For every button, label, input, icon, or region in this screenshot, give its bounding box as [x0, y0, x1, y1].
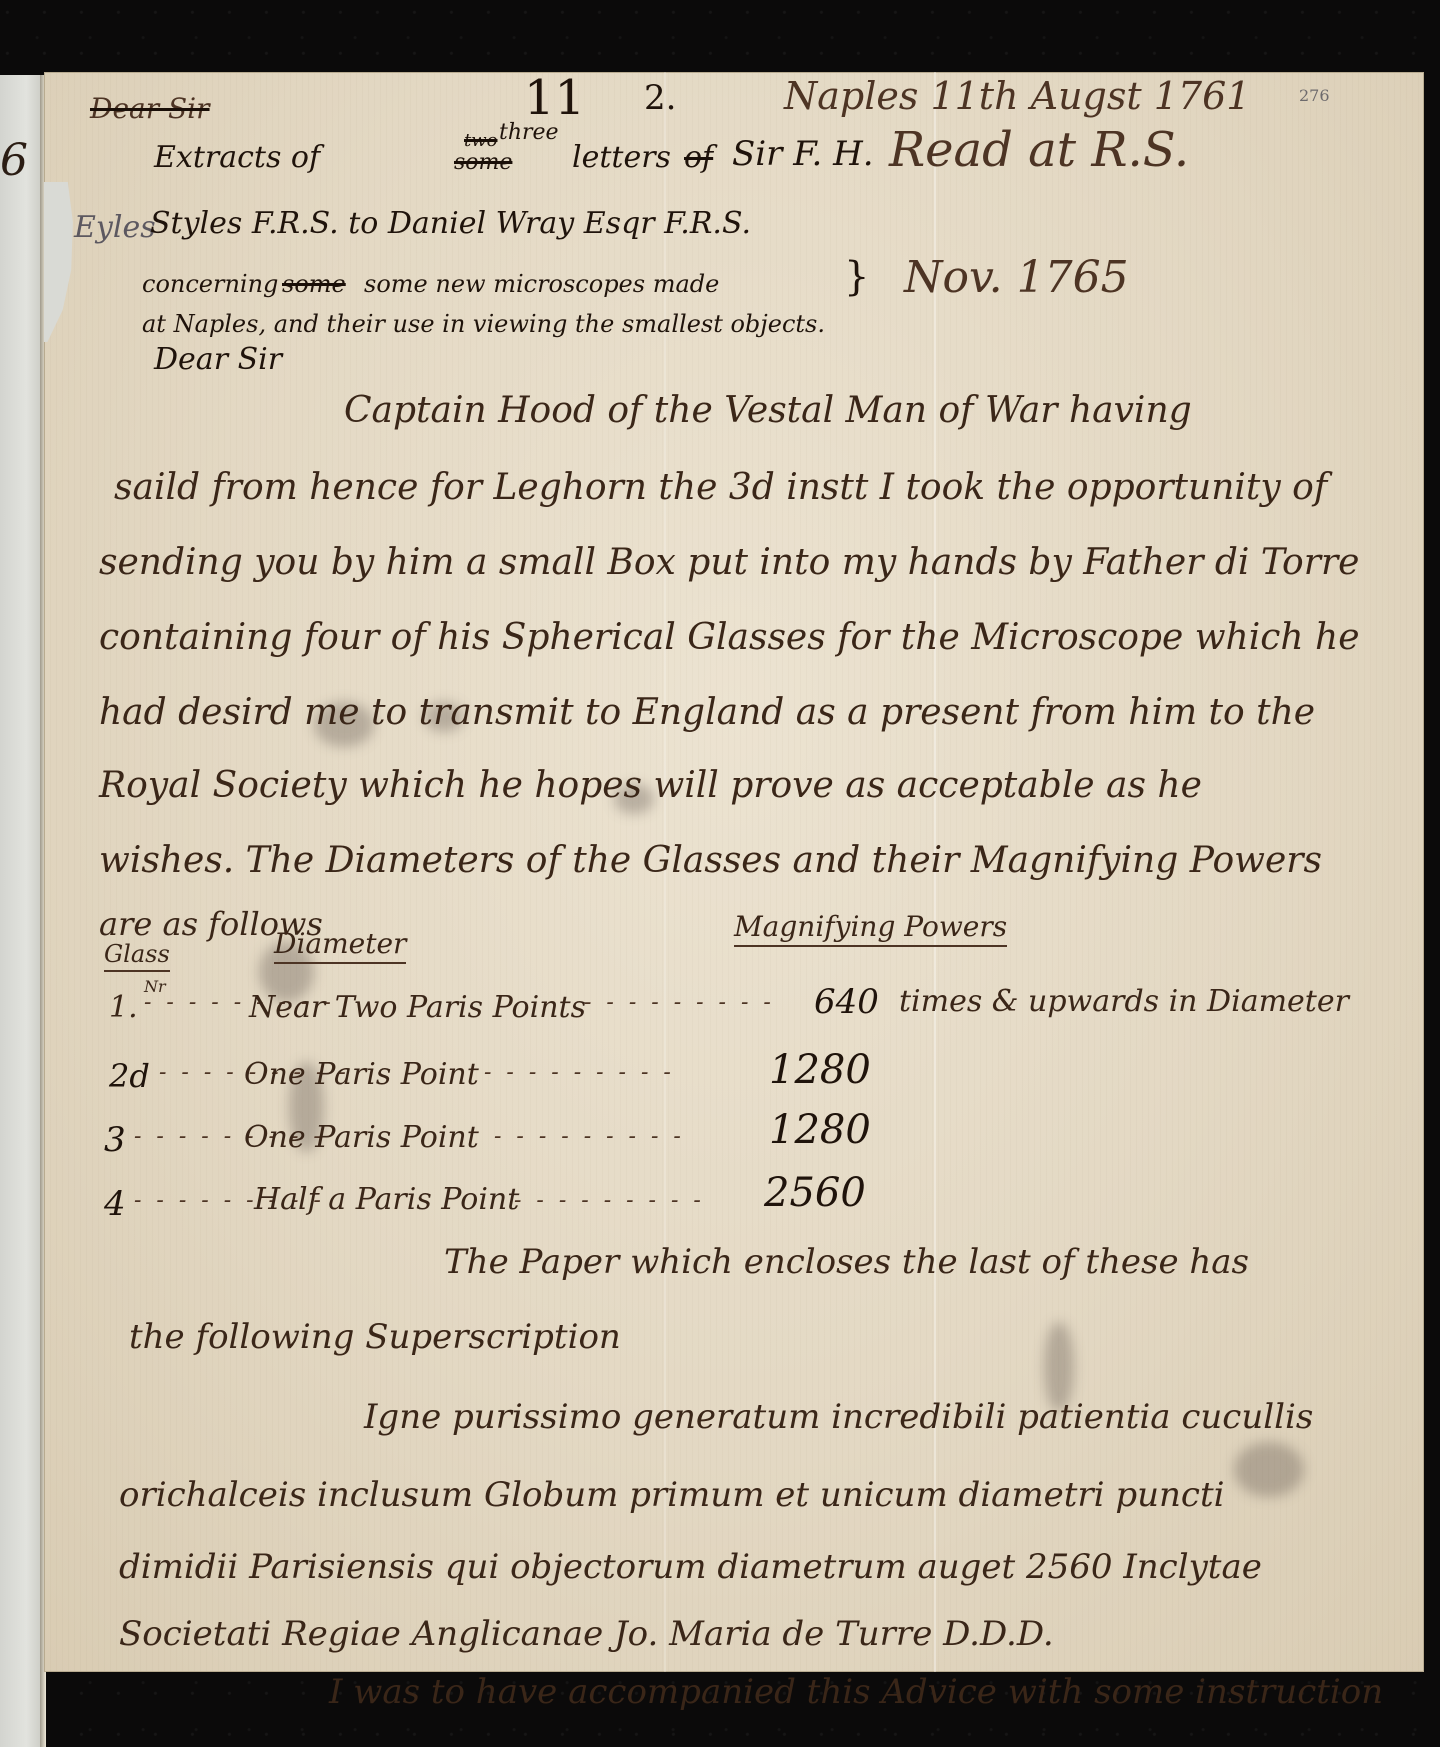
- title-concerning: concerning: [142, 270, 278, 298]
- read-note: Read at R.S.: [889, 122, 1189, 178]
- row-number: 2d: [109, 1057, 150, 1095]
- latin-line: Igne purissimo generatum incredibili pat…: [364, 1397, 1313, 1437]
- table-header-glass: Glass: [104, 940, 170, 972]
- deleted-word: some: [282, 270, 346, 298]
- body-line: the following Superscription: [129, 1317, 621, 1357]
- title-line-3: some new microscopes made: [364, 270, 719, 298]
- row-diameter: One Paris Point: [244, 1057, 479, 1092]
- title-line-2: Styles F.R.S. to Daniel Wray Esqr F.R.S.: [150, 206, 751, 241]
- row-power: 640: [814, 982, 879, 1022]
- leader: - - - - - - - - -: [514, 1188, 705, 1213]
- place-date: Naples 11th Augst 1761: [784, 74, 1250, 118]
- row-number: 3: [104, 1120, 126, 1160]
- title-line-4: at Naples, and their use in viewing the …: [142, 310, 825, 338]
- body-line: sending you by him a small Box put into …: [99, 542, 1359, 583]
- deleted-salutation: Dear Sir: [90, 92, 210, 125]
- title-extracts: Extracts of: [154, 140, 320, 175]
- read-date: Nov. 1765: [904, 252, 1129, 303]
- table-header-power: Magnifying Powers: [734, 910, 1007, 947]
- body-line: Royal Society which he hopes will prove …: [99, 765, 1202, 806]
- body-line: wishes. The Diameters of the Glasses and…: [99, 840, 1322, 881]
- title-letters: letters: [572, 140, 671, 175]
- previous-folio-mark: 6: [0, 135, 20, 186]
- row-diameter: One Paris Point: [244, 1120, 479, 1155]
- row-power: 2560: [764, 1170, 866, 1216]
- latin-line: Societati Regiae Anglicanae Jo. Maria de…: [119, 1614, 1054, 1654]
- manuscript-page: Dear Sir 11 2. Naples 11th Augst 1761 27…: [44, 72, 1424, 1672]
- previous-folio-edge: 6: [0, 75, 44, 1747]
- torn-margin: [44, 182, 78, 342]
- title-author-initials: Sir F. H.: [732, 134, 874, 174]
- row-diameter: Half a Paris Point: [254, 1182, 519, 1217]
- brace: }: [844, 254, 869, 300]
- body-line: saild from hence for Leghorn the 3d inst…: [114, 467, 1327, 508]
- row-number: 1.: [109, 990, 138, 1025]
- body-line: had desird me to transmit to England as …: [99, 692, 1315, 733]
- latin-line: orichalceis inclusum Globum primum et un…: [119, 1475, 1225, 1515]
- inserted-word: three: [499, 120, 559, 145]
- deleted-word: some: [454, 150, 512, 175]
- body-line: Captain Hood of the Vestal Man of War ha…: [344, 390, 1192, 431]
- salutation: Dear Sir: [154, 342, 282, 377]
- pencil-insertion: Eyles: [74, 210, 156, 245]
- leader: - - - - - - - - -: [494, 1124, 685, 1149]
- body-line: containing four of his Spherical Glasses…: [99, 617, 1360, 658]
- leader: - - - - - - - - -: [584, 990, 775, 1015]
- row-number: 4: [104, 1184, 126, 1224]
- folio-number: 276: [1299, 86, 1330, 105]
- row-power: 1280: [769, 1047, 871, 1093]
- item-number: 11: [524, 70, 585, 126]
- deleted-word: of: [684, 140, 713, 175]
- table-header-diameter: Diameter: [274, 927, 406, 964]
- sheet-number: 2.: [644, 78, 676, 118]
- leader: - - - - - - - - -: [484, 1060, 675, 1085]
- row-power: 1280: [769, 1107, 871, 1153]
- deleted-word: two: [464, 130, 497, 151]
- body-line: The Paper which encloses the last of the…: [444, 1242, 1249, 1282]
- row-diameter: Near Two Paris Points: [249, 990, 586, 1025]
- latin-line: dimidii Parisiensis qui objectorum diame…: [119, 1547, 1262, 1587]
- row-note: times & upwards in Diameter: [899, 984, 1349, 1019]
- ink-smudge: [1234, 1442, 1304, 1497]
- body-line: I was to have accompanied this Advice wi…: [329, 1672, 1383, 1712]
